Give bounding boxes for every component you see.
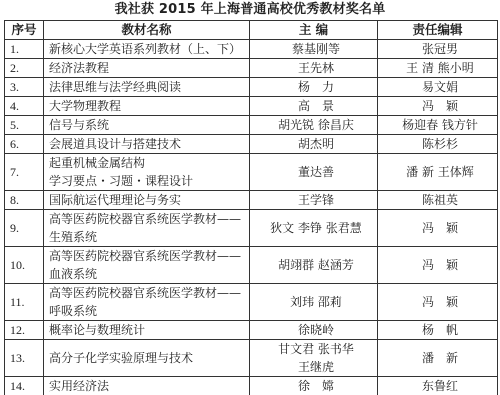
chief-editor: 胡光锐 徐昌庆: [250, 116, 378, 135]
table-row: 13.高分子化学实验原理与技术甘文君 张书华王继虎潘 新: [5, 340, 498, 377]
row-number: 1.: [5, 40, 44, 59]
responsible-editor: 易文娟: [378, 78, 498, 97]
table-row: 4.大学物理教程高 景冯 颖: [5, 97, 498, 116]
row-number: 4.: [5, 97, 44, 116]
header-responsible-editor: 责任编辑: [378, 21, 498, 40]
chief-editor: 胡杰明: [250, 135, 378, 154]
table-row: 1.新核心大学英语系列教材（上、下）蔡基刚等张冠男: [5, 40, 498, 59]
table-row: 7.起重机械金属结构学习要点・习题・课程设计董达善潘 新 王体辉: [5, 154, 498, 191]
chief-editor: 狄文 李铮 张君慧: [250, 210, 378, 247]
textbook-name-line: 呼吸系统: [49, 302, 249, 320]
row-number: 7.: [5, 154, 44, 191]
textbook-name: 新核心大学英语系列教材（上、下）: [44, 40, 250, 59]
textbook-name: 实用经济法: [44, 377, 250, 395]
textbook-name: 概率论与数理统计: [44, 321, 250, 340]
table-row: 14.实用经济法徐 嫦东鲁红: [5, 377, 498, 395]
chief-editor: 甘文君 张书华王继虎: [250, 340, 378, 377]
row-number: 3.: [5, 78, 44, 97]
chief-editor: 刘玮 邵莉: [250, 284, 378, 321]
textbook-name-line: 新核心大学英语系列教材（上、下）: [49, 40, 249, 58]
chief-editor-line: 杨 力: [255, 78, 377, 96]
responsible-editor: 东鲁红: [378, 377, 498, 395]
chief-editor-line: 王学锋: [255, 191, 377, 209]
row-number: 11.: [5, 284, 44, 321]
textbook-name: 会展道具设计与搭建技术: [44, 135, 250, 154]
row-number: 2.: [5, 59, 44, 78]
chief-editor-line: 王先林: [255, 59, 377, 77]
textbook-name-line: 高分子化学实验原理与技术: [49, 349, 249, 367]
table-header-row: 序号 教材名称 主 编 责任编辑: [5, 21, 498, 40]
chief-editor-line: 胡杰明: [255, 135, 377, 153]
row-number: 8.: [5, 191, 44, 210]
chief-editor-line: 徐 嫦: [255, 377, 377, 395]
header-chief-editor: 主 编: [250, 21, 378, 40]
textbook-name: 高等医药院校器官系统医学教材——生殖系统: [44, 210, 250, 247]
header-number: 序号: [5, 21, 44, 40]
responsible-editor: 冯 颖: [378, 247, 498, 284]
textbook-name: 起重机械金属结构学习要点・习题・课程设计: [44, 154, 250, 191]
textbook-name-line: 血液系统: [49, 265, 249, 283]
textbook-name-line: 大学物理教程: [49, 97, 249, 115]
table-row: 5.信号与系统胡光锐 徐昌庆杨迎春 钱方针: [5, 116, 498, 135]
table-body: 1.新核心大学英语系列教材（上、下）蔡基刚等张冠男2.经济法教程王先林王 清 熊…: [5, 40, 498, 395]
table-row: 6.会展道具设计与搭建技术胡杰明陈杉杉: [5, 135, 498, 154]
chief-editor: 王先林: [250, 59, 378, 78]
textbook-name-line: 概率论与数理统计: [49, 321, 249, 339]
textbook-name-line: 起重机械金属结构: [49, 154, 249, 172]
textbook-name-line: 高等医药院校器官系统医学教材——: [49, 284, 249, 302]
chief-editor-line: 董达善: [255, 163, 377, 181]
textbook-name: 大学物理教程: [44, 97, 250, 116]
table-row: 3.法律思维与法学经典阅读杨 力易文娟: [5, 78, 498, 97]
chief-editor: 董达善: [250, 154, 378, 191]
table-row: 11.高等医药院校器官系统医学教材——呼吸系统刘玮 邵莉冯 颖: [5, 284, 498, 321]
header-textbook-name: 教材名称: [44, 21, 250, 40]
chief-editor: 徐 嫦: [250, 377, 378, 395]
textbook-name: 法律思维与法学经典阅读: [44, 78, 250, 97]
row-number: 14.: [5, 377, 44, 395]
responsible-editor: 杨 帆: [378, 321, 498, 340]
responsible-editor: 冯 颖: [378, 97, 498, 116]
chief-editor-line: 徐晓岭: [255, 321, 377, 339]
chief-editor: 蔡基刚等: [250, 40, 378, 59]
responsible-editor: 潘 新: [378, 340, 498, 377]
chief-editor: 王学锋: [250, 191, 378, 210]
chief-editor-line: 王继虎: [255, 358, 377, 376]
textbook-name: 高等医药院校器官系统医学教材——血液系统: [44, 247, 250, 284]
table-row: 8.国际航运代理理论与务实王学锋陈祖英: [5, 191, 498, 210]
textbook-name-line: 信号与系统: [49, 116, 249, 134]
chief-editor: 胡翊群 赵涵芳: [250, 247, 378, 284]
responsible-editor: 张冠男: [378, 40, 498, 59]
row-number: 12.: [5, 321, 44, 340]
row-number: 9.: [5, 210, 44, 247]
textbook-name: 国际航运代理理论与务实: [44, 191, 250, 210]
responsible-editor: 陈杉杉: [378, 135, 498, 154]
textbook-name-line: 高等医药院校器官系统医学教材——: [49, 210, 249, 228]
textbook-name-line: 会展道具设计与搭建技术: [49, 135, 249, 153]
textbook-name: 高等医药院校器官系统医学教材——呼吸系统: [44, 284, 250, 321]
textbook-name-line: 实用经济法: [49, 377, 249, 395]
chief-editor: 高 景: [250, 97, 378, 116]
responsible-editor: 王 清 熊小明: [378, 59, 498, 78]
row-number: 13.: [5, 340, 44, 377]
chief-editor-line: 狄文 李铮 张君慧: [255, 219, 377, 237]
chief-editor: 杨 力: [250, 78, 378, 97]
table-row: 10.高等医药院校器官系统医学教材——血液系统胡翊群 赵涵芳冯 颖: [5, 247, 498, 284]
textbook-name: 信号与系统: [44, 116, 250, 135]
table-row: 2.经济法教程王先林王 清 熊小明: [5, 59, 498, 78]
chief-editor-line: 高 景: [255, 97, 377, 115]
textbook-name: 经济法教程: [44, 59, 250, 78]
chief-editor: 徐晓岭: [250, 321, 378, 340]
chief-editor-line: 胡翊群 赵涵芳: [255, 256, 377, 274]
textbook-name-line: 法律思维与法学经典阅读: [49, 78, 249, 96]
responsible-editor: 杨迎春 钱方针: [378, 116, 498, 135]
textbook-name-line: 生殖系统: [49, 228, 249, 246]
textbook-name-line: 经济法教程: [49, 59, 249, 77]
responsible-editor: 冯 颖: [378, 210, 498, 247]
textbook-name-line: 高等医药院校器官系统医学教材——: [49, 247, 249, 265]
chief-editor-line: 胡光锐 徐昌庆: [255, 116, 377, 134]
row-number: 6.: [5, 135, 44, 154]
textbook-name-line: 学习要点・习题・课程设计: [49, 172, 249, 190]
chief-editor-line: 蔡基刚等: [255, 40, 377, 58]
responsible-editor: 陈祖英: [378, 191, 498, 210]
document-title: 我社获 2015 年上海普通高校优秀教材奖名单: [0, 2, 500, 18]
responsible-editor: 冯 颖: [378, 284, 498, 321]
awards-table: 序号 教材名称 主 编 责任编辑 1.新核心大学英语系列教材（上、下）蔡基刚等张…: [4, 20, 498, 395]
textbook-name: 高分子化学实验原理与技术: [44, 340, 250, 377]
table-row: 9.高等医药院校器官系统医学教材——生殖系统狄文 李铮 张君慧冯 颖: [5, 210, 498, 247]
responsible-editor: 潘 新 王体辉: [378, 154, 498, 191]
table-row: 12.概率论与数理统计徐晓岭杨 帆: [5, 321, 498, 340]
chief-editor-line: 刘玮 邵莉: [255, 293, 377, 311]
row-number: 5.: [5, 116, 44, 135]
chief-editor-line: 甘文君 张书华: [255, 340, 377, 358]
textbook-name-line: 国际航运代理理论与务实: [49, 191, 249, 209]
row-number: 10.: [5, 247, 44, 284]
